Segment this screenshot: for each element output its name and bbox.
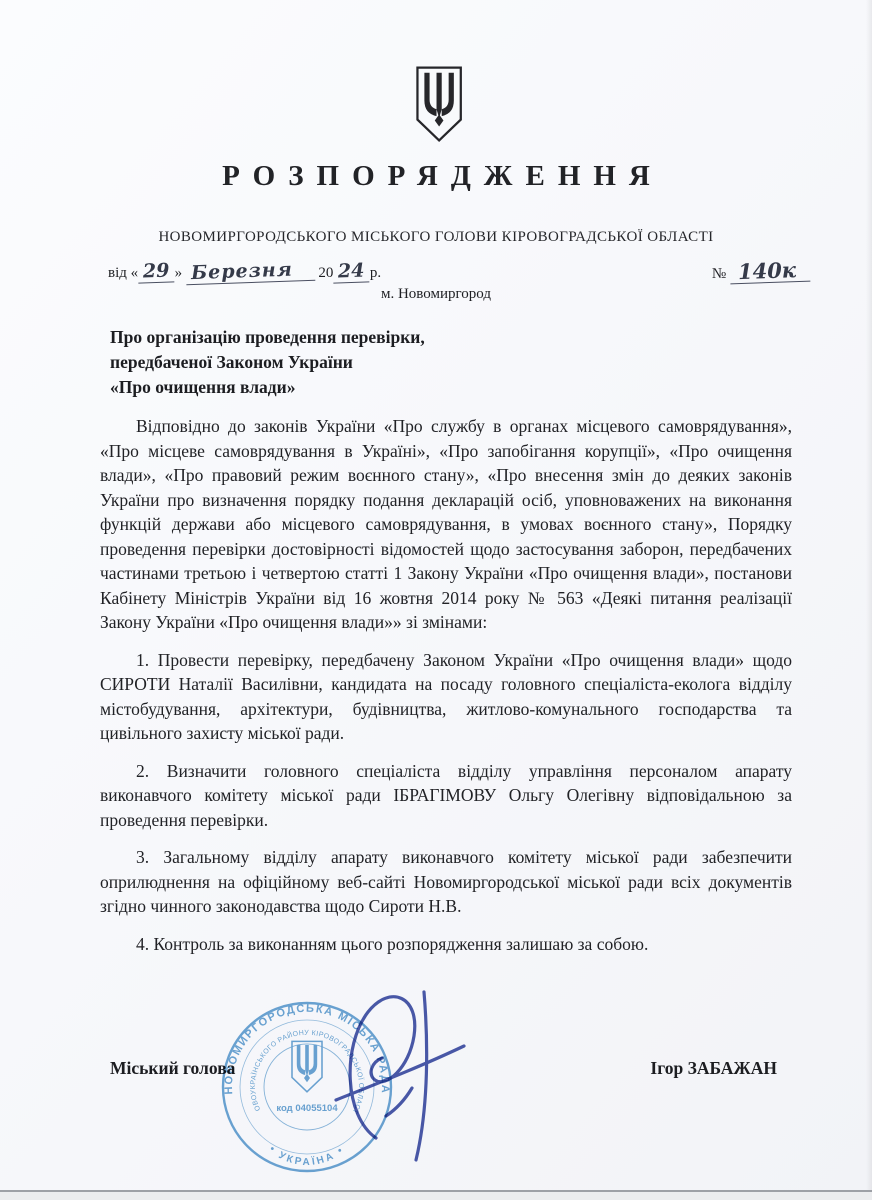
signatory-name: Ігор ЗАБАЖАН — [650, 1058, 777, 1079]
handwritten-number: 140к — [730, 259, 811, 285]
body-paragraph: 3. Загальному відділу апарату виконавчог… — [100, 845, 792, 919]
date-suffix: р. — [370, 265, 381, 281]
signatory-position: Міський голова — [110, 1058, 235, 1079]
meta-row: від «29» Березня 2024р. № 140к — [108, 260, 810, 283]
subject-line: передбаченої Законом України — [110, 350, 425, 375]
date-mid: » — [175, 265, 183, 281]
trident-icon — [413, 64, 465, 149]
scanned-document-page: РОЗПОРЯДЖЕННЯ НОВОМИРГОРОДСЬКОГО МІСЬКОГ… — [0, 0, 872, 1200]
subject-block: Про організацію проведення перевірки, пе… — [110, 325, 425, 400]
body-paragraph: 1. Провести перевірку, передбачену Закон… — [100, 648, 792, 746]
date-line: від «29» Березня 2024р. — [108, 262, 381, 283]
stamp-trident-icon — [292, 1041, 322, 1091]
document-title: РОЗПОРЯДЖЕННЯ — [0, 160, 872, 193]
number-label: № — [712, 266, 726, 282]
date-prefix: від « — [108, 265, 138, 281]
document-body: Відповідно до законів України «Про служб… — [100, 414, 792, 969]
handwritten-month: Березня — [186, 260, 315, 285]
handwritten-day: 29 — [138, 261, 175, 283]
body-paragraph: 4. Контроль за виконанням цього розпоряд… — [100, 932, 792, 957]
body-paragraph: 2. Визначити головного спеціаліста відді… — [100, 759, 792, 833]
scan-edge-bottom — [0, 1190, 872, 1200]
subject-line: Про організацію проведення перевірки, — [110, 325, 425, 350]
subject-line: «Про очищення влади» — [110, 375, 425, 400]
body-paragraph: Відповідно до законів України «Про служб… — [100, 414, 792, 635]
handwritten-signature — [328, 988, 488, 1170]
document-number: № 140к — [712, 260, 810, 283]
scan-edge-shadow — [866, 0, 872, 1200]
issuing-authority: НОВОМИРГОРОДСЬКОГО МІСЬКОГО ГОЛОВИ КІРОВ… — [0, 229, 872, 246]
handwritten-year: 24 — [333, 261, 370, 283]
year-printed: 20 — [318, 265, 333, 281]
place-line: м. Новомиргород — [0, 286, 872, 303]
